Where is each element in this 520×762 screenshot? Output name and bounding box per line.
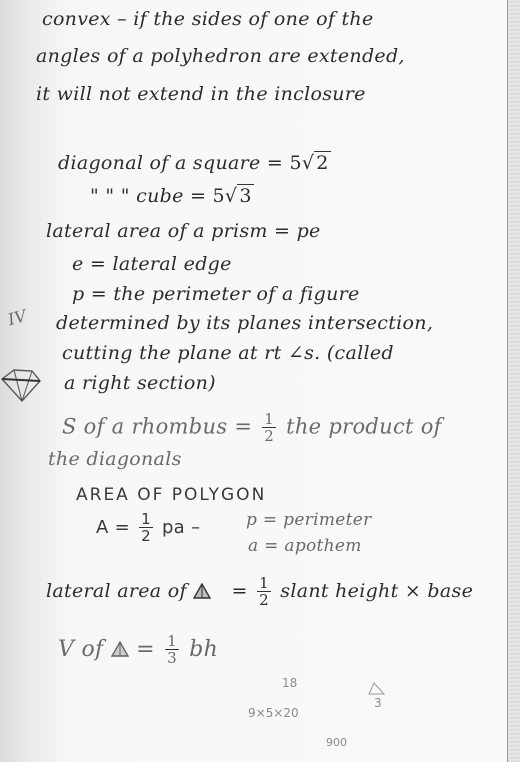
numerator: 1	[257, 576, 271, 592]
diagonal-square-label: diagonal of a square =	[58, 152, 283, 174]
pyramid-lateral-area-formula: lateral area of = 12 slant height × base	[46, 576, 473, 608]
fraction-one-third: 13	[165, 634, 179, 666]
scratch-top-number: 18	[282, 676, 297, 690]
numerator: 1	[262, 412, 276, 428]
scratch-calculation: 9×5×20	[248, 706, 299, 720]
page-binding-edge	[508, 0, 520, 762]
denominator: 2	[262, 428, 276, 444]
diagonal-cube-value: 5√3	[213, 184, 254, 207]
numerator: 1	[165, 634, 179, 650]
formula-suffix: pa –	[162, 517, 200, 538]
prism-e-definition: e = lateral edge	[72, 253, 232, 275]
fraction-one-half: 12	[262, 412, 276, 444]
pyramid-sketch-icon	[0, 365, 44, 407]
polygon-area-heading: AREA OF POLYGON	[76, 485, 266, 505]
small-triangle-sketch-icon	[368, 682, 386, 696]
polygon-area-formula: A = 12 pa –	[96, 512, 200, 544]
rhombus-prefix: S of a rhombus =	[62, 415, 252, 439]
diagonal-cube-formula: " " " cube = 5√3	[90, 185, 254, 207]
convex-definition-line-2: angles of a polyhedron are extended,	[36, 45, 405, 67]
diagonal-cube-label: " " " cube =	[90, 185, 206, 207]
diagonal-square-value: 5√2	[289, 151, 330, 174]
coefficient: 5	[213, 185, 225, 207]
fraction-one-half: 12	[139, 512, 153, 544]
prism-lateral-area: lateral area of a prism = pe	[46, 220, 321, 242]
denominator: 2	[257, 592, 271, 608]
pyramid-volume-suffix: bh	[189, 637, 218, 662]
rhombus-area-line-2: the diagonals	[48, 448, 182, 470]
polygon-p-definition: p = perimeter	[246, 510, 372, 530]
radicand: 3	[237, 184, 253, 207]
numerator: 1	[139, 512, 153, 528]
rhombus-suffix: the product of	[286, 415, 442, 439]
coefficient: 5	[289, 152, 301, 174]
radicand: 2	[314, 151, 330, 174]
prism-definition-cont-3: a right section)	[64, 372, 216, 394]
pyramid-volume-formula: V of = 13 bh	[58, 634, 218, 666]
pyramid-lateral-suffix: slant height × base	[280, 580, 473, 602]
equals-sign: =	[136, 637, 155, 662]
scratch-result: 900	[326, 736, 347, 749]
convex-definition-line-1: convex – if the sides of one of the	[42, 8, 374, 30]
scratch-right-denominator: 3	[374, 696, 382, 710]
prism-p-definition: p = the perimeter of a figure	[72, 283, 360, 305]
denominator: 2	[139, 528, 153, 544]
polygon-a-definition: a = apothem	[248, 536, 362, 556]
equals-sign: =	[232, 580, 248, 602]
pyramid-icon	[111, 641, 129, 659]
formula-prefix: A =	[96, 517, 130, 538]
fraction-one-half: 12	[257, 576, 271, 608]
prism-definition-cont-2: cutting the plane at rt ∠s. (called	[62, 342, 394, 364]
denominator: 3	[165, 650, 179, 666]
prism-definition-cont-1: determined by its planes intersection,	[56, 312, 433, 334]
pyramid-lateral-prefix: lateral area of	[46, 580, 187, 602]
convex-definition-line-3: it will not extend in the inclosure	[36, 83, 366, 105]
rhombus-area-formula: S of a rhombus = 12 the product of	[62, 412, 442, 444]
pyramid-icon	[193, 583, 211, 601]
pyramid-volume-prefix: V of	[58, 637, 103, 662]
diagonal-square-formula: diagonal of a square = 5√2	[58, 152, 331, 174]
